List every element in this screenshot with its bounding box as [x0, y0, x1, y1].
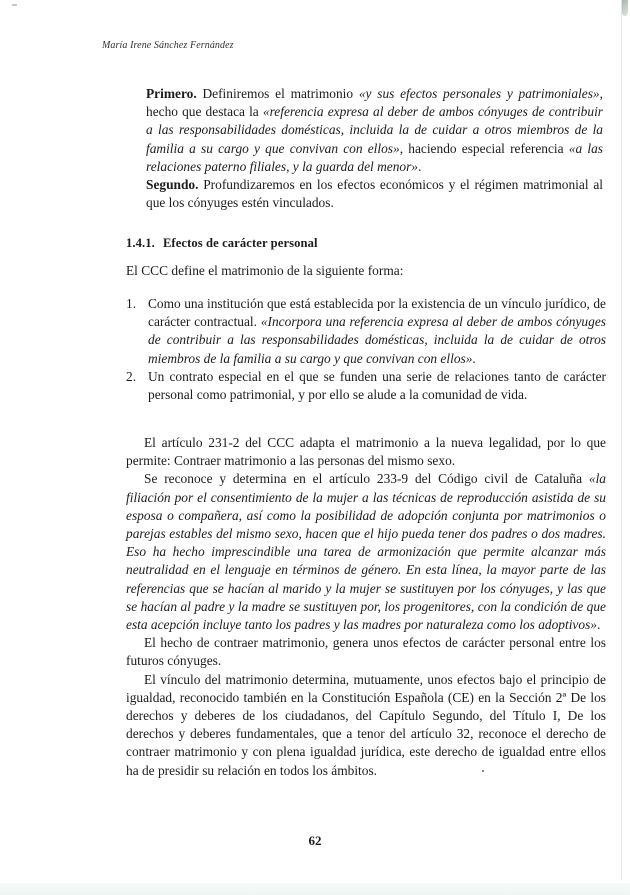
text-run: . [597, 617, 600, 632]
text-run: Un contrato especial en el que se funden… [148, 369, 606, 402]
scan-speck [482, 770, 484, 772]
text-run: Se reconoce y determina en el artículo 2… [144, 471, 589, 486]
list-item: 2.Un contrato especial en el que se fund… [126, 368, 606, 404]
intro-paragraph-segundo: Segundo. Profundizaremos en los efectos … [146, 176, 603, 212]
intro-text: Definiremos el matrimonio «y sus efectos… [146, 86, 603, 174]
text-run: , haciendo especial referencia [400, 141, 569, 156]
definition-list: 1.Como una institución que está establec… [126, 295, 606, 404]
text-run: Profundizaremos en los efectos económico… [146, 177, 603, 210]
intro-label: Segundo. [146, 177, 198, 192]
quoted-text: «la filiación por el consentimiento de l… [126, 471, 606, 632]
intro-paragraph-primero: Primero. Definiremos el matrimonio «y su… [146, 85, 603, 176]
page-number: 62 [0, 833, 630, 849]
text-run: El artículo 231-2 del CCC adapta el matr… [126, 435, 606, 468]
page-corner-mark [622, 0, 628, 16]
body-paragraph: Se reconoce y determina en el artículo 2… [126, 470, 606, 634]
text-run: Definiremos el matrimonio [197, 86, 359, 101]
quoted-text: «y sus efectos personales y patrimoniale… [359, 86, 600, 101]
intro-label: Primero. [146, 86, 197, 101]
list-item-text: Como una institución que está establecid… [148, 296, 606, 366]
list-item-number: 2. [126, 368, 136, 386]
list-item-number: 1. [126, 295, 136, 313]
body-paragraph: El vínculo del matrimonio determina, mut… [126, 671, 606, 780]
section-title: Efectos de carácter personal [163, 236, 318, 250]
document-page: María Irene Sánchez Fernández Primero. D… [0, 0, 630, 895]
running-head-author: María Irene Sánchez Fernández [102, 40, 234, 51]
list-item: 1.Como una institución que está establec… [126, 295, 606, 368]
lead-paragraph: El CCC define el matrimonio de la siguie… [126, 262, 606, 280]
intro-block: Primero. Definiremos el matrimonio «y su… [146, 85, 603, 212]
body-paragraph: El artículo 231-2 del CCC adapta el matr… [126, 434, 606, 470]
text-run: . [418, 159, 421, 174]
section-number: 1.4.1. [126, 236, 155, 250]
body-text: El artículo 231-2 del CCC adapta el matr… [126, 434, 606, 780]
text-run: El vínculo del matrimonio determina, mut… [126, 672, 606, 778]
body-paragraph: El hecho de contraer matrimonio, genera … [126, 634, 606, 670]
text-run: . [472, 351, 475, 366]
text-run: El hecho de contraer matrimonio, genera … [126, 635, 606, 668]
list-item-text: Un contrato especial en el que se funden… [148, 369, 606, 402]
page-bottom-edge [0, 883, 630, 895]
intro-text: Profundizaremos en los efectos económico… [146, 177, 603, 210]
scan-speck [12, 4, 17, 6]
page-right-edge [621, 0, 622, 880]
section-heading: 1.4.1.Efectos de carácter personal [126, 236, 318, 251]
